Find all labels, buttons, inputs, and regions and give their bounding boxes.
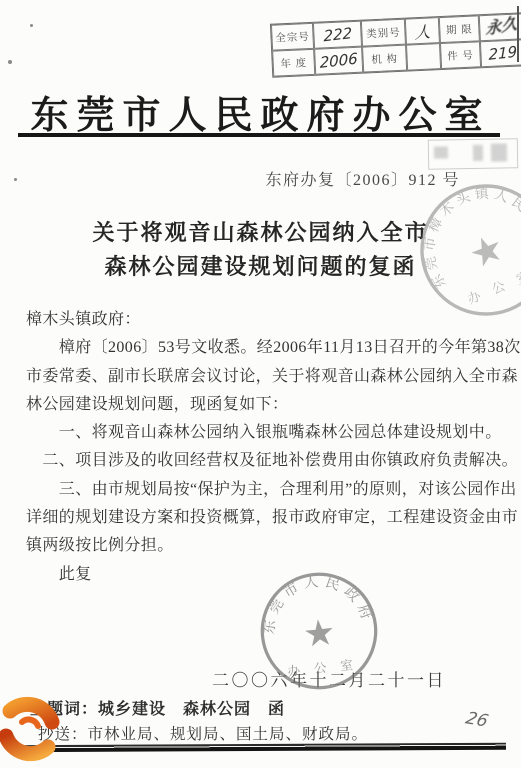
archive-label-qixian: 期 限 [439, 15, 480, 43]
handwritten-page-number: 26 [463, 709, 490, 732]
cc-value: 市林业局、规划局、国土局、财政局。 [88, 726, 369, 743]
archive-value-quanzonghao: 222 [323, 24, 352, 45]
keywords-value: 城乡建设 森林公园 函 [98, 701, 285, 718]
document-title-line1: 关于将观音山森林公园纳入全市 [0, 216, 521, 247]
archive-label-jigou: 机 构 [362, 45, 407, 73]
scan-speck [30, 24, 33, 27]
body-item-3: 三、由市规划局按“保护为主，合理利用”的原则，对该公园作出 [26, 476, 514, 504]
archive-value-jianhao: 219 [488, 43, 517, 64]
body-line: 镇两级按比例分担。 [26, 532, 514, 560]
orange-swirl-logo-icon [0, 696, 62, 762]
body-item-2: 二、项目涉及的收回经营权及征地补偿费用由你镇政府负责解决。 [26, 447, 514, 475]
cc-line: 抄送：市林业局、规划局、国土局、财政局。 [38, 722, 368, 744]
archive-label-jianhao: 件 号 [440, 41, 481, 69]
archive-value-leibiehao: 人 [414, 18, 430, 43]
body-line: 市委常委、副市长联席会议讨论，关于将观音山森林公园纳入全市森 [26, 363, 514, 391]
body-line: 樟府〔2006〕53号文收悉。经2006年11月13日召开的今年第38次 [26, 334, 514, 362]
archive-value-qixian: 永久 [485, 10, 517, 39]
scanned-document-page: 全宗号 222 类别号 人 期 限 永久 年 度 2006 机 构 件 号 21… [0, 0, 521, 768]
footer-rule [8, 743, 506, 753]
archive-label-leibiehao: 类别号 [361, 19, 406, 47]
body-line: 林公园建设规划问题，现函复如下： [26, 391, 514, 419]
archive-label-quanzonghao: 全宗号 [271, 23, 314, 51]
archive-value-niandu: 2006 [320, 49, 358, 71]
letterhead-agency-name: 东莞市人民政府办公室 [0, 84, 521, 139]
body-salutation: 樟木头镇政府： [26, 306, 514, 334]
document-body: 樟木头镇政府： 樟府〔2006〕53号文收悉。经2006年11月13日召开的今年… [26, 306, 514, 589]
letterhead-rule [18, 133, 500, 137]
archive-label-niandu: 年 度 [272, 49, 315, 77]
scan-edge-artifact [517, 6, 519, 62]
document-title-line2: 森林公园建设规划问题的复函 [0, 250, 521, 281]
body-line: 详细的规划建设方案和投资概算，报市政府审定，工程建设资金由市 [26, 504, 514, 532]
scan-speck [8, 60, 12, 64]
star-icon: ★ [301, 612, 337, 655]
document-number: 东府办复〔2006〕912 号 [0, 167, 460, 190]
faint-receipt-stamp [428, 138, 519, 170]
document-date: 二〇〇六年十二月二十一日 [212, 666, 446, 691]
archive-index-table: 全宗号 222 类别号 人 期 限 永久 年 度 2006 机 构 件 号 21… [270, 12, 521, 77]
keywords-line: 主题词：城乡建设 森林公园 函 [30, 696, 285, 719]
body-closing: 此复 [26, 561, 514, 589]
body-item-1: 一、将观音山森林公园纳入银瓶嘴森林公园总体建设规划中。 [26, 419, 514, 447]
